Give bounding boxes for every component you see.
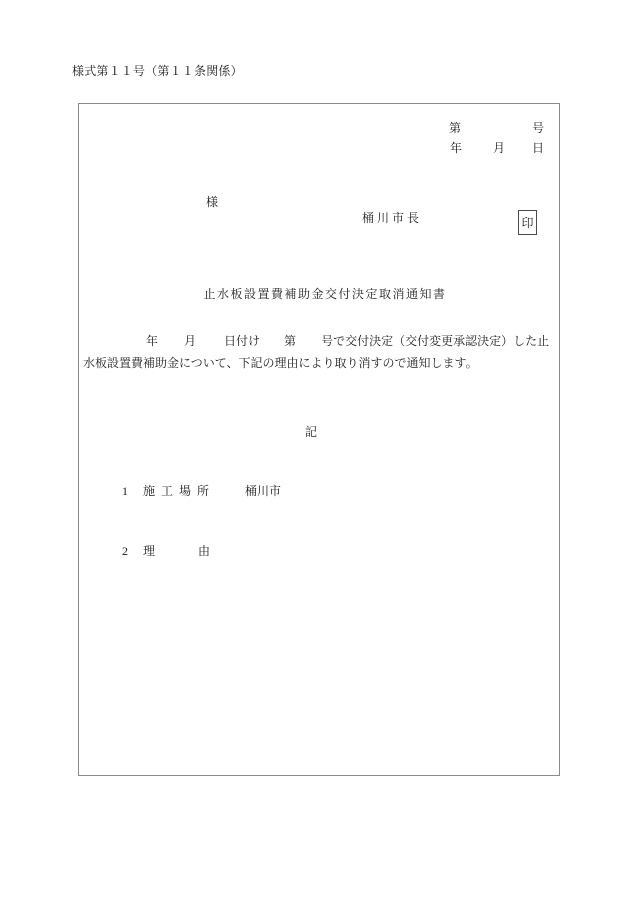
seal-label: 印 [521,217,533,229]
body-year-label: 年 [146,334,158,348]
item-reason: 2理由 [122,543,210,560]
document-page: 様式第１１号（第１１条関係） 第号 年月日 様 桶川市長 印 止水板設置費補助金… [0,0,630,903]
body-day-label: 日付け [224,334,260,348]
date-year-label: 年 [450,141,462,155]
item-label-first: 理 [143,544,155,558]
item-number: 2 [122,544,128,558]
doc-number-prefix: 第 [449,121,461,135]
record-marker: 記 [79,424,559,441]
body-line-1: 年月日付け第号で交付決定（交付変更承認決定）した止 [83,330,555,352]
item-value: 桶川市 [245,484,281,498]
sender-title: 桶川市長 [362,211,422,226]
item-number: 1 [122,484,128,498]
document-frame: 第号 年月日 様 桶川市長 印 止水板設置費補助金交付決定取消通知書 年月日付け… [78,103,560,776]
item-construction-site: 1施工場所桶川市 [122,483,281,500]
item-label: 施工場所 [143,484,215,498]
doc-number-line: 第号 [449,121,544,136]
body-line-1-text: 号で交付決定（交付変更承認決定）した止 [321,334,549,348]
seal-box: 印 [518,210,537,235]
item-label-last: 由 [198,544,210,558]
date-month-label: 月 [493,141,505,155]
form-number-label: 様式第１１号（第１１条関係） [72,63,243,79]
addressee-honorific: 様 [206,195,218,210]
body-month-label: 月 [184,334,196,348]
date-day-label: 日 [532,141,544,155]
body-line-2: 水板設置費補助金について、下記の理由により取り消すので通知します。 [83,352,555,374]
body-number-prefix: 第 [284,334,296,348]
doc-number-suffix: 号 [532,121,544,135]
document-title: 止水板設置費補助金交付決定取消通知書 [79,286,559,303]
body-paragraph: 年月日付け第号で交付決定（交付変更承認決定）した止 水板設置費補助金について、下… [83,330,555,374]
issue-date-line: 年月日 [450,141,544,156]
